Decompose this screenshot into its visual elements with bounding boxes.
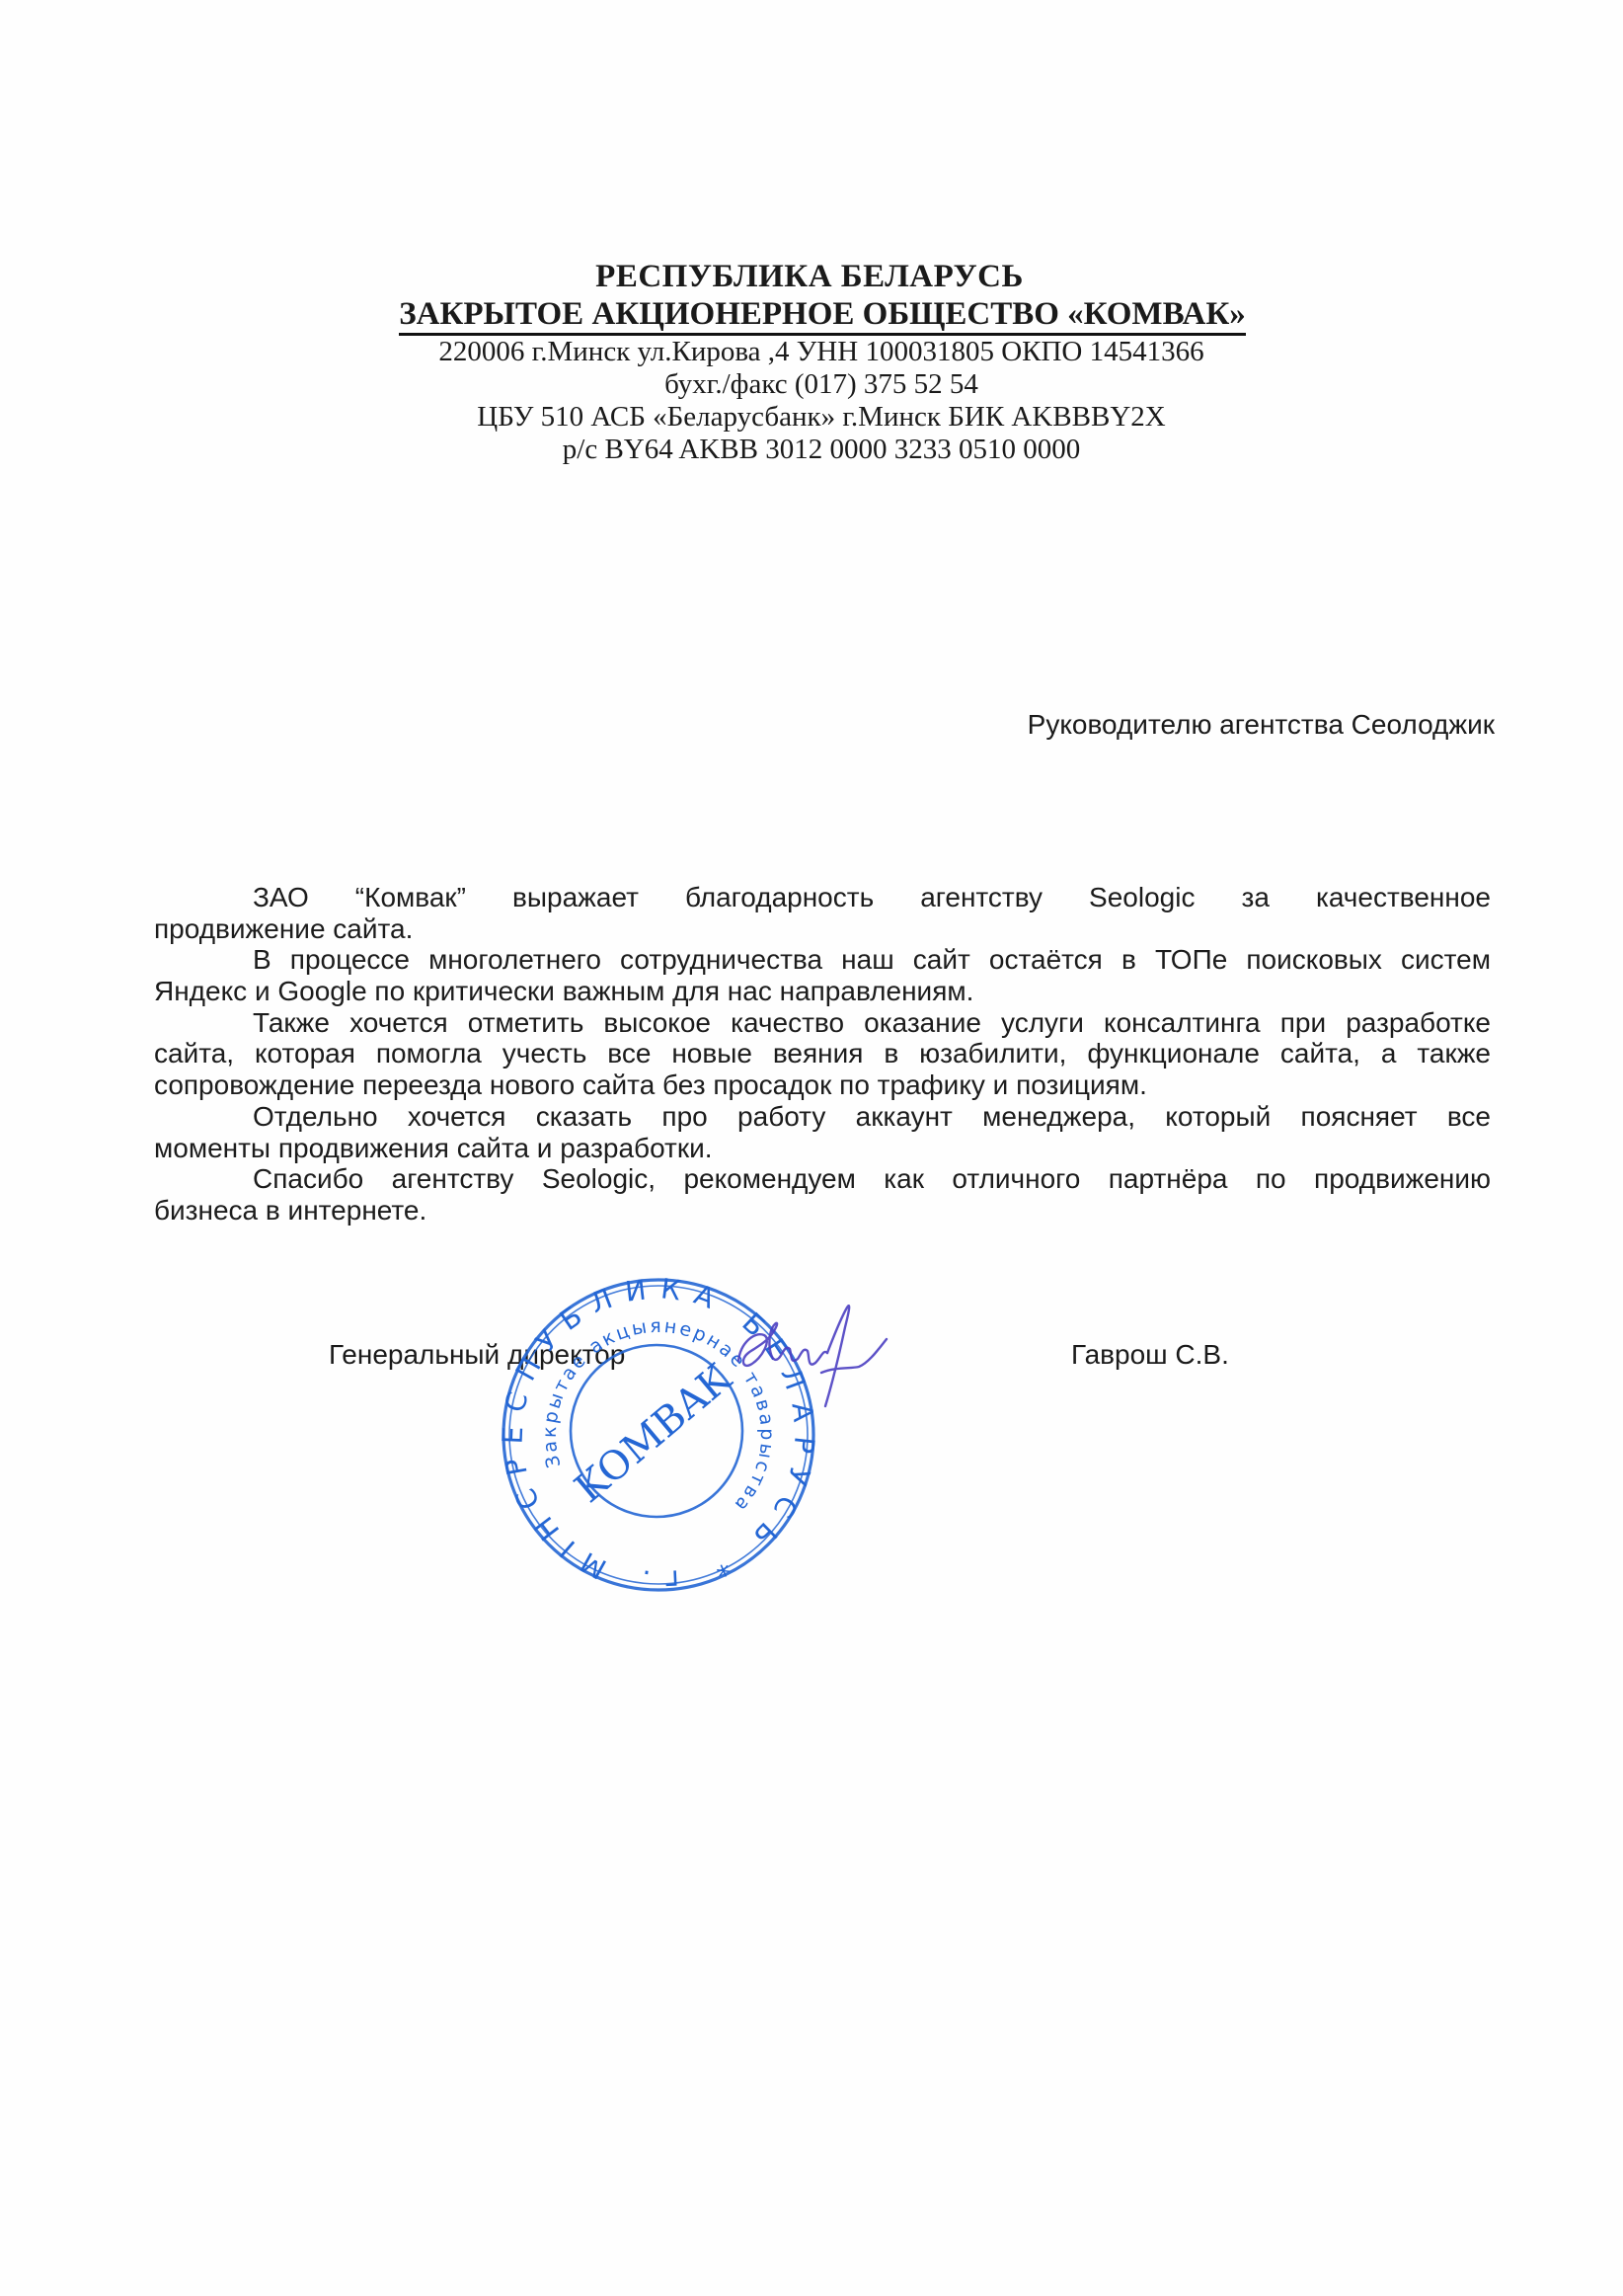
handwritten-signature-icon: [711, 1284, 908, 1422]
body-line: Яндекс и Google по критически важным для…: [154, 976, 1491, 1007]
body-line: моменты продвижения сайта и разработки.: [154, 1133, 1491, 1164]
body-line: ЗАО “Комвак” выражает благодарность аген…: [154, 882, 1491, 913]
body-line: бизнеса в интернете.: [154, 1195, 1491, 1227]
letterhead-country: РЕСПУБЛИКА БЕЛАРУСЬ: [0, 259, 1621, 295]
body-line: Также хочется отметить высокое качество …: [154, 1007, 1491, 1039]
letterhead-account: р/с BY64 AKBB 3012 0000 3233 0510 0000: [10, 434, 1623, 466]
body-line: Спасибо агентству Seologic, рекомендуем …: [154, 1163, 1491, 1195]
addressee-line: Руководителю агентства Сеолоджик: [1028, 709, 1495, 741]
signatory-name: Гаврош С.В.: [1071, 1339, 1229, 1371]
body-line: Отдельно хочется сказать про работу акка…: [154, 1101, 1491, 1133]
letterhead-bank: ЦБУ 510 АСБ «Беларусбанк» г.Минск БИК AK…: [10, 401, 1623, 434]
body-line: сопровождение переезда нового сайта без …: [154, 1069, 1491, 1101]
letter-page: РЕСПУБЛИКА БЕЛАРУСЬ ЗАКРЫТОЕ АКЦИОНЕРНОЕ…: [0, 0, 1623, 2296]
letterhead-company-name: ЗАКРЫТОЕ АКЦИОНЕРНОЕ ОБЩЕСТВО «КОМВАК»: [399, 296, 1246, 336]
letterhead-phone: бухг./факс (017) 375 52 54: [10, 368, 1623, 401]
body-line: сайта, которая помогла учесть все новые …: [154, 1038, 1491, 1069]
letter-body: ЗАО “Комвак” выражает благодарность аген…: [154, 882, 1491, 1227]
body-line: В процессе многолетнего сотрудничества н…: [154, 944, 1491, 976]
body-line: продвижение сайта.: [154, 913, 1491, 945]
letterhead-company: ЗАКРЫТОЕ АКЦИОНЕРНОЕ ОБЩЕСТВО «КОМВАК»: [11, 296, 1623, 336]
letterhead-address: 220006 г.Минск ул.Кирова ,4 УНН 10003180…: [10, 336, 1623, 368]
